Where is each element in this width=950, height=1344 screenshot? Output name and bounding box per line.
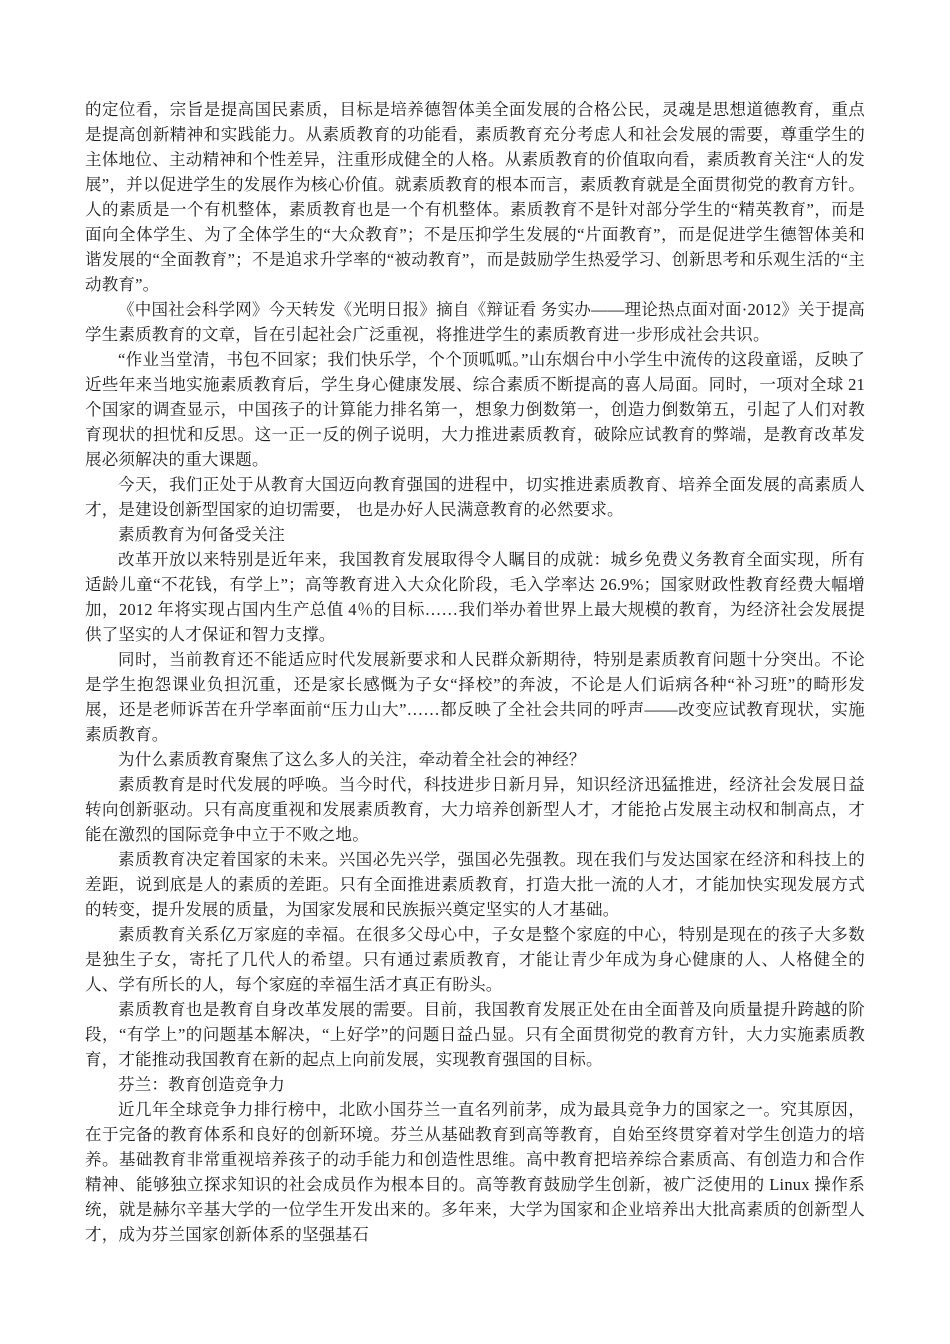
paragraph: 近几年全球竞争力排行榜中，北欧小国芬兰一直名列前茅，成为最具竞争力的国家之一。究… <box>85 1097 865 1247</box>
paragraph: “作业当堂清，书包不回家；我们快乐学，个个顶呱呱。”山东烟台中小学生中流传的这段… <box>85 347 865 472</box>
paragraph: 《中国社会科学网》今天转发《光明日报》摘自《辩证看 务实办——理论热点面对面·2… <box>85 297 865 347</box>
section-heading: 素质教育为何备受关注 <box>85 522 865 547</box>
paragraph: 素质教育是时代发展的呼唤。当今时代，科技进步日新月异，知识经济迅猛推进，经济社会… <box>85 772 865 847</box>
section-heading: 芬兰：教育创造竞争力 <box>85 1072 865 1097</box>
paragraph: 今天，我们正处于从教育大国迈向教育强国的进程中，切实推进素质教育、培养全面发展的… <box>85 472 865 522</box>
document-page: 的定位看，宗旨是提高国民素质，目标是培养德智体美全面发展的合格公民，灵魂是思想道… <box>85 97 865 1247</box>
document-body: 的定位看，宗旨是提高国民素质，目标是培养德智体美全面发展的合格公民，灵魂是思想道… <box>85 97 865 1247</box>
paragraph: 为什么素质教育聚焦了这么多人的关注，牵动着全社会的神经？ <box>85 747 865 772</box>
paragraph: 素质教育也是教育自身改革发展的需要。目前，我国教育发展正处在由全面普及向质量提升… <box>85 997 865 1072</box>
paragraph: 改革开放以来特别是近年来，我国教育发展取得令人瞩目的成就：城乡免费义务教育全面实… <box>85 547 865 647</box>
paragraph-continuation: 的定位看，宗旨是提高国民素质，目标是培养德智体美全面发展的合格公民，灵魂是思想道… <box>85 97 865 297</box>
paragraph: 素质教育关系亿万家庭的幸福。在很多父母心中，子女是整个家庭的中心，特别是现在的孩… <box>85 922 865 997</box>
paragraph: 同时，当前教育还不能适应时代发展新要求和人民群众新期待，特别是素质教育问题十分突… <box>85 647 865 747</box>
paragraph: 素质教育决定着国家的未来。兴国必先兴学，强国必先强教。现在我们与发达国家在经济和… <box>85 847 865 922</box>
